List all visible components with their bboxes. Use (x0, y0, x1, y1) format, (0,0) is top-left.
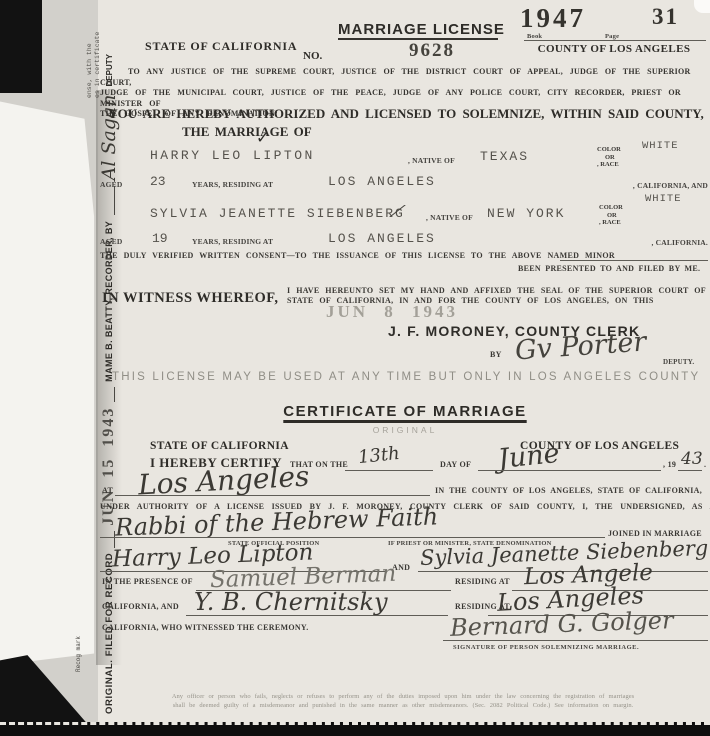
fine-print-line2: shall be deemed guilty of a misdemeanor … (115, 701, 691, 710)
left-margin-text: ORIGINAL. FILED FOR RECORD JUN 15 1943 M… (96, 54, 122, 714)
license-number: 9628 (392, 40, 472, 62)
witness-whereof-label: IN WITNESS WHEREOF, (102, 290, 278, 307)
year-value: 43 (681, 449, 703, 469)
at-label: AT (102, 486, 113, 495)
page-number-stamp: 31 (652, 4, 679, 30)
day-of-label: DAY OF (440, 460, 471, 469)
ceremony-label: CALIFORNIA, WHO WITNESSED THE CEREMONY. (102, 623, 309, 632)
solemnizer-signature-label: SIGNATURE OF PERSON SOLEMNIZING MARRIAGE… (453, 644, 639, 651)
groom-native-of: TEXAS (480, 149, 529, 164)
groom-native-of-label: , NATIVE OF (408, 156, 455, 165)
scanned-marriage-license: ORIGINAL. FILED FOR RECORD JUN 15 1943 M… (0, 0, 710, 736)
by-label: BY (490, 350, 502, 359)
groom-age: 23 (150, 174, 166, 189)
groom-aged-label: AGED (100, 180, 122, 189)
overlapping-sheet (0, 90, 96, 665)
day-value: 13th (357, 443, 401, 468)
bride-residing-label: YEARS, RESIDING AT (192, 237, 273, 246)
bride-native-of: NEW YORK (487, 206, 565, 221)
scan-top-right-notch (694, 0, 710, 13)
year-suffix: . (704, 460, 706, 469)
margin-small-note: Recog mark (75, 636, 82, 672)
authorization-line1: YOU ARE HEREBY AUTHORIZED AND LICENSED T… (108, 106, 704, 122)
usage-note: THIS LICENSE MAY BE USED AT ANY TIME BUT… (112, 371, 698, 383)
certificate-title: CERTIFICATE OF MARRIAGE (255, 403, 555, 420)
book-label: Book (527, 33, 542, 40)
groom-residing-label: YEARS, RESIDING AT (192, 180, 273, 189)
presence-label: IN THE PRESENCE OF (102, 577, 193, 586)
margin-top-note: ense, with the es in certificate (86, 10, 101, 98)
bride-age: 19 (152, 231, 168, 246)
fine-print: Any officer or person who fails, neglect… (115, 692, 691, 710)
groom-state-suffix: , CALIFORNIA, AND (600, 181, 708, 190)
day-rule (345, 470, 433, 471)
consent-line2: BEEN PRESENTED TO AND FILED BY ME. (518, 264, 700, 273)
bride-race: WHITE (645, 193, 682, 205)
groom-name: HARRY LEO LIPTON (150, 148, 315, 163)
groom-residence: LOS ANGELES (328, 174, 436, 189)
license-title: MARRIAGE LICENSE (338, 21, 498, 38)
witness2-rule (186, 615, 448, 616)
header-state: STATE OF CALIFORNIA (145, 39, 297, 54)
bride-native-of-label: , NATIVE OF (426, 213, 473, 222)
certificate-subtitle: ORIGINAL (255, 425, 555, 435)
margin-rule (104, 387, 115, 402)
license-date-stamp: JUN 8 1943 (326, 302, 458, 322)
deputy-label: DEPUTY. (663, 358, 694, 366)
bride-residence: LOS ANGELES (328, 231, 436, 246)
certificate-county-line: IN THE COUNTY OF LOS ANGELES, STATE OF C… (435, 486, 702, 495)
witness2-name: Y. B. Chernitsky (194, 588, 388, 616)
margin-rule (104, 186, 115, 214)
scan-bottom-edge (0, 722, 710, 736)
book-page-rule (524, 40, 706, 41)
bride-state-suffix: , CALIFORNIA. (630, 238, 708, 247)
margin-rule (104, 531, 115, 548)
groom-color-race-label: COLOR OR , RACE (597, 146, 621, 169)
position-rule (100, 537, 605, 538)
book-number-stamp: 1947 (512, 3, 594, 34)
certificate-state: STATE OF CALIFORNIA (150, 440, 289, 452)
year-prefix: , 19 (663, 460, 676, 469)
month-rule (478, 470, 661, 471)
margin-top-note-line1: ense, with the (86, 10, 94, 98)
solemnizer-signature: Bernard G. Golger (450, 606, 674, 642)
scan-black-corner-top-left (0, 0, 42, 93)
place-rule (115, 495, 430, 496)
bride-color-race-label: COLOR OR , RACE (599, 204, 623, 227)
authorization-line2: THE MARRIAGE OF (182, 124, 312, 140)
fine-print-line1: Any officer or person who fails, neglect… (115, 692, 691, 701)
header-county: COUNTY OF LOS ANGELES (518, 43, 710, 55)
year-rule (678, 470, 702, 471)
bride-aged-label: AGED (100, 237, 122, 246)
bride-checkmark: ⁄ (395, 201, 400, 222)
solemnizer-rule (443, 640, 708, 641)
page-label: Page (605, 33, 619, 40)
california-and-label: CALIFORNIA, AND (102, 602, 179, 611)
bride-name: SYLVIA JEANETTE SIEBENBERG (150, 206, 405, 221)
license-no-label: NO. (303, 50, 322, 62)
witness1-residing-label: RESIDING AT (455, 577, 510, 586)
groom-race: WHITE (642, 140, 679, 152)
groom-checkmark: ✓ (256, 128, 269, 148)
addressee-line1: TO ANY JUSTICE OF THE SUPREME COURT, JUS… (100, 67, 708, 88)
consent-rule (560, 260, 708, 261)
witness-text1: I HAVE HEREUNTO SET MY HAND AND AFFIXED … (287, 286, 710, 295)
consent-line: THE DULY VERIFIED WRITTEN CONSENT—TO THE… (100, 251, 615, 260)
